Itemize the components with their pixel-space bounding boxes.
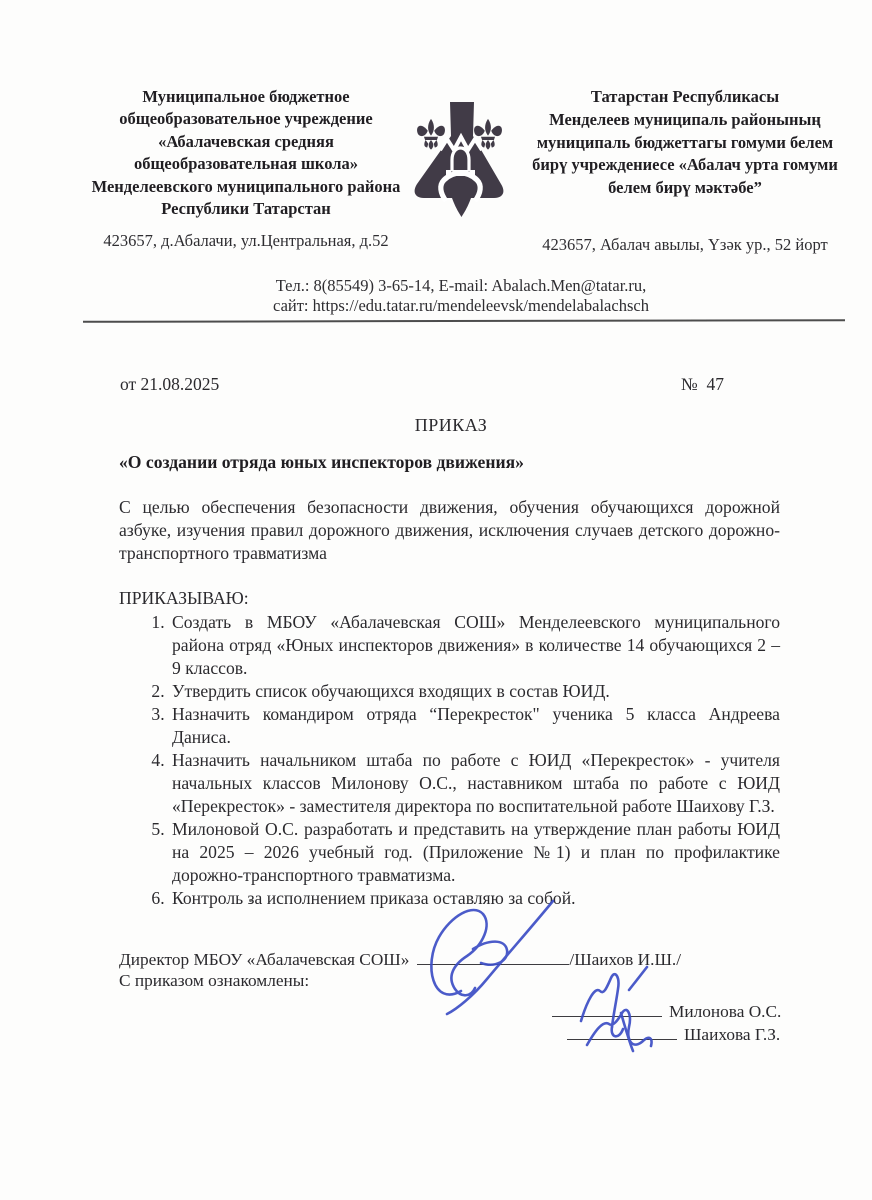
order-subject: «О создании отряда юных инспекторов движ… [119,451,780,474]
ack-signature-line [552,999,662,1017]
phone-email-line: Тел.: 8(85549) 3-65-14, E-mail: Abalach.… [66,276,856,296]
org-name-russian: Муниципальное бюджетное общеобразователь… [88,86,404,220]
director-label: Директор МБОУ «Абалачевская СОШ» [119,950,409,969]
list-item: Утвердить список обучающихся входящих в … [169,680,780,703]
ack-name: Милонова О.С. [669,1002,781,1021]
header-divider-line [83,319,845,323]
list-item: Контроль за исполнением приказа оставляю… [169,887,780,910]
list-item: Назначить командиром отряда “Перекресток… [169,703,780,749]
director-name: /Шаихов И.Ш./ [569,950,681,969]
milonova-ink-signature [629,967,647,990]
director-signature-line [417,947,569,965]
list-item: Создать в МБОУ «Абалачевская СОШ» Мендел… [169,611,780,680]
ack-signature-line [567,1022,677,1040]
order-body: «О создании отряда юных инспекторов движ… [119,451,780,910]
order-items-list: Создать в МБОУ «Абалачевская СОШ» Мендел… [119,611,780,910]
order-number: № 47 [681,374,724,395]
acknowledged-label: С приказом ознакомлены: [119,971,309,991]
ack-name: Шаихова Г.З. [684,1025,780,1044]
address-russian: 423657, д.Абалачи, ул.Центральная, д.52 [88,231,404,251]
scan-dot-artifact [249,899,252,902]
acknowledgement-row: Шаихова Г.З. [567,1022,780,1045]
contact-info: Тел.: 8(85549) 3-65-14, E-mail: Abalach.… [66,276,856,315]
acknowledgement-row: Милонова О.С. [552,999,781,1022]
mendeleevsky-district-coat-of-arms-icon [404,100,514,218]
resolution-word: ПРИКАЗЫВАЮ: [119,587,780,610]
list-item: Милоновой О.С. разработать и представить… [169,818,780,887]
list-item: Назначить начальником штаба по работе с … [169,749,780,818]
document-page: Муниципальное бюджетное общеобразователь… [0,0,872,1200]
order-preamble: С целью обеспечения безопасности движени… [119,496,780,565]
order-date: от 21.08.2025 [120,374,219,395]
org-name-tatar: Татарстан Республикасы Менделеев муницип… [518,86,852,200]
address-tatar: 423657, Абалач авылы, Үзәк ур., 52 йорт [518,235,852,255]
website-line: сайт: https://edu.tatar.ru/mendeleevsk/m… [66,296,856,316]
director-signature-row: Директор МБОУ «Абалачевская СОШ»/Шаихов … [119,947,681,970]
document-type-title: ПРИКАЗ [66,415,836,436]
